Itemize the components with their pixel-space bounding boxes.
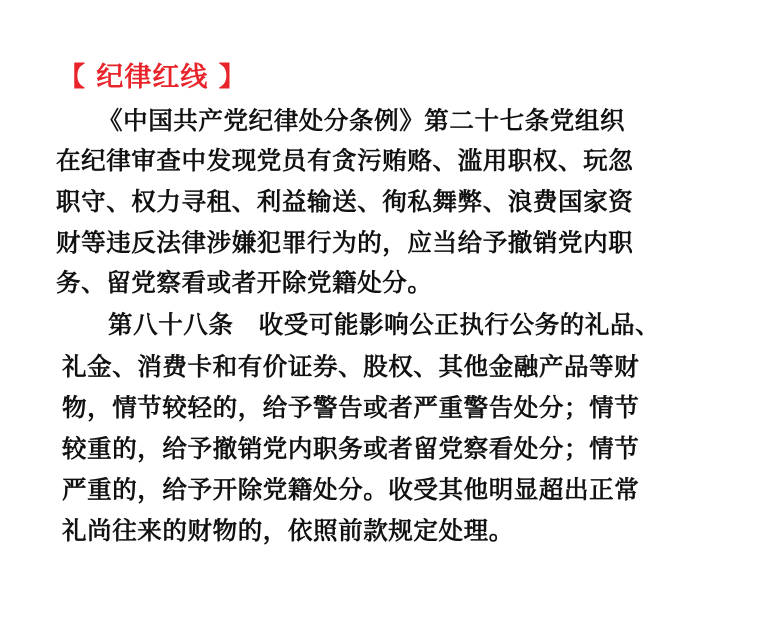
paragraph-line: 较重的，给予撤销党内职务或者留党察看处分；情节 (62, 431, 639, 467)
paragraph-line: 《中国共产党纪律处分条例》第二十七条党组织 (98, 103, 625, 139)
paragraph-line: 财等违反法律涉嫌犯罪行为的，应当给予撤销党内职 (56, 225, 633, 261)
paragraph-line: 职守、权力寻租、利益输送、徇私舞弊、浪费国家资 (56, 184, 633, 220)
paragraph-line: 物，情节较轻的，给予警告或者严重警告处分；情节 (62, 390, 639, 426)
paragraph-line: 礼金、消费卡和有价证券、股权、其他金融产品等财 (62, 349, 639, 385)
paragraph-line: 第八十八条 收受可能影响公正执行公务的礼品、 (108, 307, 660, 343)
slide: 【 纪律红线 】 《中国共产党纪律处分条例》第二十七条党组织 在纪律审查中发现党… (0, 0, 769, 635)
section-heading: 【 纪律红线 】 (58, 60, 247, 96)
paragraph-line: 在纪律审查中发现党员有贪污贿赂、滥用职权、玩忽 (56, 143, 633, 179)
paragraph-line: 务、留党察看或者开除党籍处分。 (56, 265, 433, 301)
paragraph-line: 严重的，给予开除党籍处分。收受其他明显超出正常 (62, 472, 639, 508)
paragraph-line: 礼尚往来的财物的，依照前款规定处理。 (62, 513, 514, 549)
